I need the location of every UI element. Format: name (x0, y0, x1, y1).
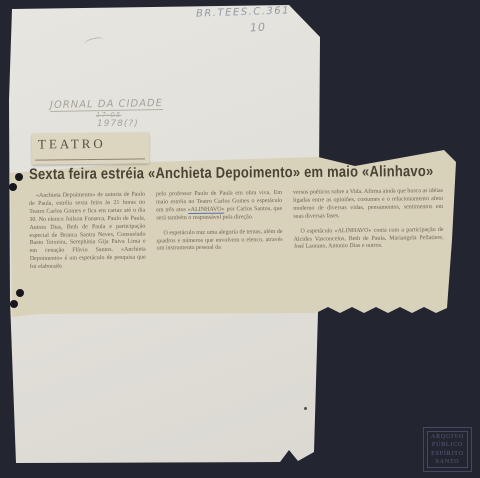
article-paragraph: pelo professor Paulo de Paula em obra vi… (156, 190, 282, 223)
headline: Sexta feira estréia «Anchieta Depoimento… (29, 162, 441, 183)
article-column-2: pelo professor Paulo de Paula em obra vi… (156, 190, 283, 271)
punch-hole (16, 289, 24, 297)
archive-stamp-border: ARQUIVO PÚBLICO ESPÍRITO SANTO (427, 431, 468, 468)
archive-stamp: ARQUIVO PÚBLICO ESPÍRITO SANTO (423, 427, 472, 472)
punch-hole (15, 173, 23, 181)
punch-hole (9, 183, 17, 191)
stamp-text: SANTO (436, 458, 460, 466)
stamp-text: ARQUIVO (431, 433, 464, 441)
punch-hole (10, 300, 18, 308)
underlined-word: «ALINHAVO» (188, 206, 225, 213)
section-underline (35, 158, 145, 160)
stamp-text: ESPÍRITO (431, 450, 464, 458)
stamp-text: PÚBLICO (432, 441, 463, 449)
article-paragraph: versos poéticos sobre a Vida. Afirma ain… (293, 188, 443, 221)
article-column-3: versos poéticos sobre a Vida. Afirma ain… (293, 188, 444, 269)
section-strip: TEATRO (32, 132, 149, 164)
article-paragraph: O espetáculo «ALINHAVO» conta com a part… (293, 227, 443, 253)
section-label: TEATRO (38, 136, 106, 153)
article-paragraph: O espetáculo traz uma alegoria de temas,… (156, 229, 282, 254)
article-column-1: «Anchieta Depoimento» de autoria de Paul… (29, 192, 146, 272)
article-paragraph: «Anchieta Depoimento» de autoria de Paul… (29, 192, 146, 272)
paper-speck (304, 407, 307, 410)
article-body: «Anchieta Depoimento» de autoria de Paul… (29, 188, 444, 272)
